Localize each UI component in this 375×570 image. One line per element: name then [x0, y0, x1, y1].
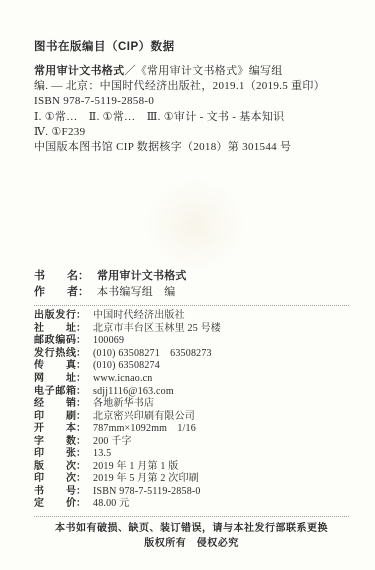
field-value: 48.00 元 [93, 498, 129, 509]
copyright-page: 图书在版编目（CIP）数据 常用审计文书格式／《常用审计文书格式》编写组 编. … [0, 0, 375, 570]
cip-book-title: 常用审计文书格式 [34, 65, 124, 77]
row-distributor: 经销：各地新华书店 [34, 398, 349, 411]
colon: ： [76, 335, 86, 346]
colon: ： [76, 310, 86, 321]
field-value: www.icnao.cn [93, 373, 153, 384]
field-label: 书名 [34, 269, 78, 285]
field-value: 100069 [93, 335, 124, 346]
field-value: 2019 年 5 月第 2 次印刷 [93, 473, 199, 484]
cip-classification-1: Ⅰ. ①常… Ⅱ. ①常… Ⅲ. ①审计 - 文书 - 基本知识 [34, 110, 349, 125]
row-printer: 印刷：北京密兴印刷有限公司 [34, 411, 349, 424]
field-value: 787mm×1092mm 1/16 [93, 423, 196, 434]
cip-author-part: ／《常用审计文书格式》编写组 [124, 65, 282, 77]
field-value: 中国时代经济出版社 [93, 310, 185, 321]
field-value: 13.5 [93, 448, 111, 459]
cip-line-isbn: ISBN 978-7-5119-2858-0 [34, 94, 349, 109]
field-value: 本书编写组 编 [97, 286, 175, 298]
field-label: 电子邮箱 [34, 386, 76, 399]
field-label: 邮政编码 [34, 335, 76, 348]
dotted-divider-bottom [34, 516, 349, 517]
page-content: 图书在版编目（CIP）数据 常用审计文书格式／《常用审计文书格式》编写组 编. … [34, 40, 349, 551]
field-label: 印张 [34, 448, 76, 461]
row-price: 定价：48.00 元 [34, 498, 349, 511]
colon: ： [76, 461, 86, 472]
colon: ： [78, 270, 89, 282]
field-label: 版次 [34, 461, 76, 474]
colon: ： [76, 323, 86, 334]
field-label: 印次 [34, 473, 76, 486]
cip-line-title: 常用审计文书格式／《常用审计文书格式》编写组 [34, 64, 349, 79]
field-value: 常用审计文书格式 [97, 270, 187, 282]
colon: ： [76, 411, 86, 422]
colon: ： [76, 498, 86, 509]
footer-notices: 本书如有破损、缺页、装订错误，请与本社发行部联系更换 版权所有 侵权必究 [34, 521, 349, 551]
field-value: 北京市丰台区玉林里 25 号楼 [93, 323, 221, 334]
colon: ： [76, 360, 86, 371]
row-book-number: 书号：ISBN 978-7-5119-2858-0 [34, 486, 349, 499]
field-label: 字数 [34, 436, 76, 449]
colon: ： [76, 386, 86, 397]
publication-info: 出版发行：中国时代经济出版社 社址：北京市丰台区玉林里 25 号楼 邮政编码：1… [34, 310, 349, 511]
copyright-notice: 版权所有 侵权必究 [34, 536, 349, 551]
row-publisher: 出版发行：中国时代经济出版社 [34, 310, 349, 323]
cip-heading: 图书在版编目（CIP）数据 [34, 40, 349, 54]
colon: ： [76, 448, 86, 459]
row-author: 作者：本书编写组 编 [34, 285, 349, 301]
field-value: 2019 年 1 月第 1 版 [93, 461, 179, 472]
field-value: sdjj1116@163.com [93, 386, 174, 397]
field-value: 各地新华书店 [93, 398, 154, 409]
field-value: (010) 63508271 63508273 [93, 348, 212, 359]
cip-line-publisher: 编. — 北京：中国时代经济出版社，2019.1（2019.5 重印） [34, 79, 349, 94]
row-impression: 印次：2019 年 5 月第 2 次印刷 [34, 473, 349, 486]
field-value: 北京密兴印刷有限公司 [93, 411, 195, 422]
book-meta: 书名：常用审计文书格式 作者：本书编写组 编 [34, 269, 349, 300]
field-label: 印刷 [34, 411, 76, 424]
colon: ： [78, 286, 89, 298]
row-sheets: 印张：13.5 [34, 448, 349, 461]
row-word-count: 字数：200 千字 [34, 436, 349, 449]
field-label: 经销 [34, 398, 76, 411]
field-label: 开本 [34, 423, 76, 436]
field-label: 网址 [34, 373, 76, 386]
field-value: ISBN 978-7-5119-2858-0 [93, 486, 201, 497]
field-label: 作者 [34, 285, 78, 301]
field-label: 发行热线 [34, 348, 76, 361]
row-website: 网址：www.icnao.cn [34, 373, 349, 386]
colon: ： [76, 436, 86, 447]
cip-classification-2: Ⅳ. ①F239 [34, 125, 349, 140]
replacement-notice: 本书如有破损、缺页、装订错误，请与本社发行部联系更换 [34, 521, 349, 536]
row-edition: 版次：2019 年 1 月第 1 版 [34, 461, 349, 474]
row-format: 开本：787mm×1092mm 1/16 [34, 423, 349, 436]
row-email: 电子邮箱：sdjj1116@163.com [34, 386, 349, 399]
colon: ： [76, 423, 86, 434]
field-label: 社址 [34, 323, 76, 336]
colon: ： [76, 473, 86, 484]
row-hotline: 发行热线：(010) 63508271 63508273 [34, 348, 349, 361]
dotted-divider-top [34, 305, 349, 306]
row-fax: 传真：(010) 63508274 [34, 360, 349, 373]
cip-record-number: 中国版本图书馆 CIP 数据核字（2018）第 301544 号 [34, 140, 349, 155]
field-label: 出版发行 [34, 310, 76, 323]
row-book-title: 书名：常用审计文书格式 [34, 269, 349, 285]
colon: ： [76, 348, 86, 359]
cip-description: 常用审计文书格式／《常用审计文书格式》编写组 编. — 北京：中国时代经济出版社… [34, 64, 349, 155]
colon: ： [76, 486, 86, 497]
field-value: 200 千字 [93, 436, 132, 447]
field-label: 书号 [34, 486, 76, 499]
colon: ： [76, 373, 86, 384]
field-label: 定价 [34, 498, 76, 511]
row-postcode: 邮政编码：100069 [34, 335, 349, 348]
field-value: (010) 63508274 [93, 360, 160, 371]
field-label: 传真 [34, 360, 76, 373]
colon: ： [76, 398, 86, 409]
row-address: 社址：北京市丰台区玉林里 25 号楼 [34, 323, 349, 336]
